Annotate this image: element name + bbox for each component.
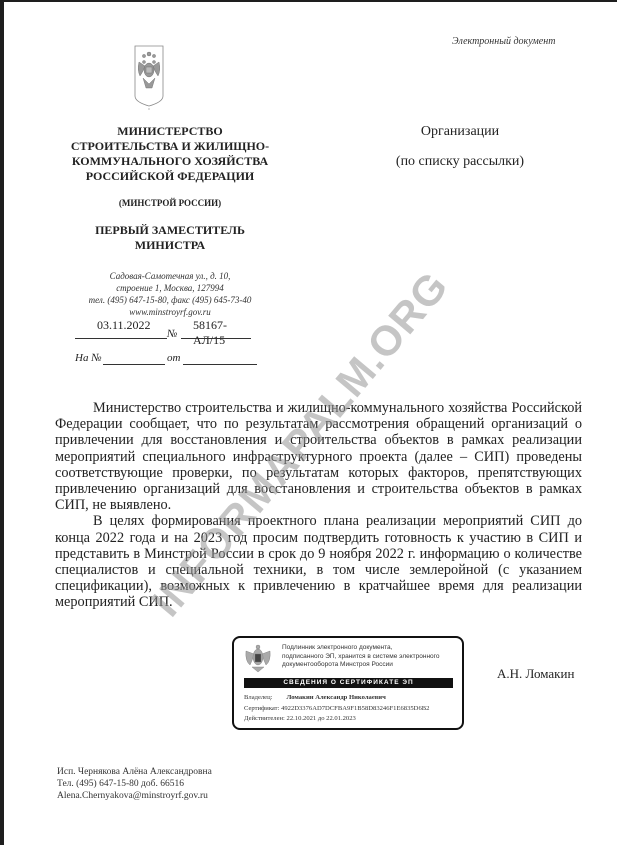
certificate-serial-row: Сертификат: 4922D3376AD7DCFBA9F1B58D8324… <box>244 705 429 712</box>
valid-label: Действителен: <box>244 715 285 722</box>
addressee-line: Организации <box>380 124 540 140</box>
executor-email: Alena.Chernyakova@minstroyrf.gov.ru <box>57 790 212 802</box>
number-underline <box>181 338 251 339</box>
reply-date-blank <box>183 364 257 365</box>
sender-address: Садовая-Самотечная ул., д. 10, строение … <box>60 270 280 318</box>
reply-from-label: от <box>167 352 180 364</box>
reply-reference-line: На № от <box>75 352 257 368</box>
reply-number-label: На № <box>75 352 102 364</box>
document-date: 03.11.2022 <box>97 318 151 333</box>
body-paragraph: Министерство строительства и жилищно-ком… <box>55 400 582 513</box>
russian-coat-of-arms-icon <box>133 44 165 110</box>
addressee-note: (по списку рассылки) <box>380 154 540 170</box>
reply-number-blank <box>103 364 165 365</box>
sender-block: МИНИСТЕРСТВО СТРОИТЕЛЬСТВА И ЖИЛИЩНО- КО… <box>40 124 300 253</box>
website-link: www.minstroyrf.gov.ru <box>60 306 280 318</box>
signer-name: А.Н. Ломакин <box>497 666 574 682</box>
ministry-seal-icon <box>244 643 272 673</box>
owner-label: Владелец: <box>244 694 272 701</box>
certificate-owner-row: Владелец:Ломакин Александр Николаевич <box>244 694 386 701</box>
body-paragraph: В целях формирования проектного плана ре… <box>55 513 582 610</box>
scan-border-top <box>0 0 617 2</box>
ministry-short-name: (МИНСТРОЙ РОССИИ) <box>40 198 300 208</box>
electronic-signature-stamp: Подлинник электронного документа, подпис… <box>232 636 464 730</box>
certificate-validity-row: Действителен: 22.10.2021 до 22.01.2023 <box>244 715 356 722</box>
executor-name: Исп. Чернякова Алёна Александровна <box>57 766 212 778</box>
date-underline <box>75 338 167 339</box>
registration-line: 03.11.2022 58167-АЛ/15 № <box>75 318 251 342</box>
electronic-document-label: Электронный документ <box>452 36 555 47</box>
addressee-block: Организации (по списку рассылки) <box>380 124 540 170</box>
executor-phone: Тел. (495) 647-15-80 доб. 66516 <box>57 778 212 790</box>
cert-value: 4922D3376AD7DCFBA9F1B58D83246F1E6835D6B2 <box>281 705 429 712</box>
stamp-note: Подлинник электронного документа, подпис… <box>282 644 440 670</box>
ministry-name: МИНИСТЕРСТВО СТРОИТЕЛЬСТВА И ЖИЛИЩНО- КО… <box>40 124 300 184</box>
scan-border-left <box>0 0 4 845</box>
document-number: 58167-АЛ/15 <box>193 318 251 348</box>
letter-body: Министерство строительства и жилищно-ком… <box>55 400 582 611</box>
owner-value: Ломакин Александр Николаевич <box>286 694 385 701</box>
executor-block: Исп. Чернякова Алёна Александровна Тел. … <box>57 766 212 802</box>
sender-position: ПЕРВЫЙ ЗАМЕСТИТЕЛЬ МИНИСТРА <box>40 223 300 253</box>
certificate-info-header: СВЕДЕНИЯ О СЕРТИФИКАТЕ ЭП <box>244 678 453 688</box>
valid-value: 22.10.2021 до 22.01.2023 <box>287 715 356 722</box>
number-sign: № <box>167 328 177 340</box>
cert-label: Сертификат: <box>244 705 279 712</box>
